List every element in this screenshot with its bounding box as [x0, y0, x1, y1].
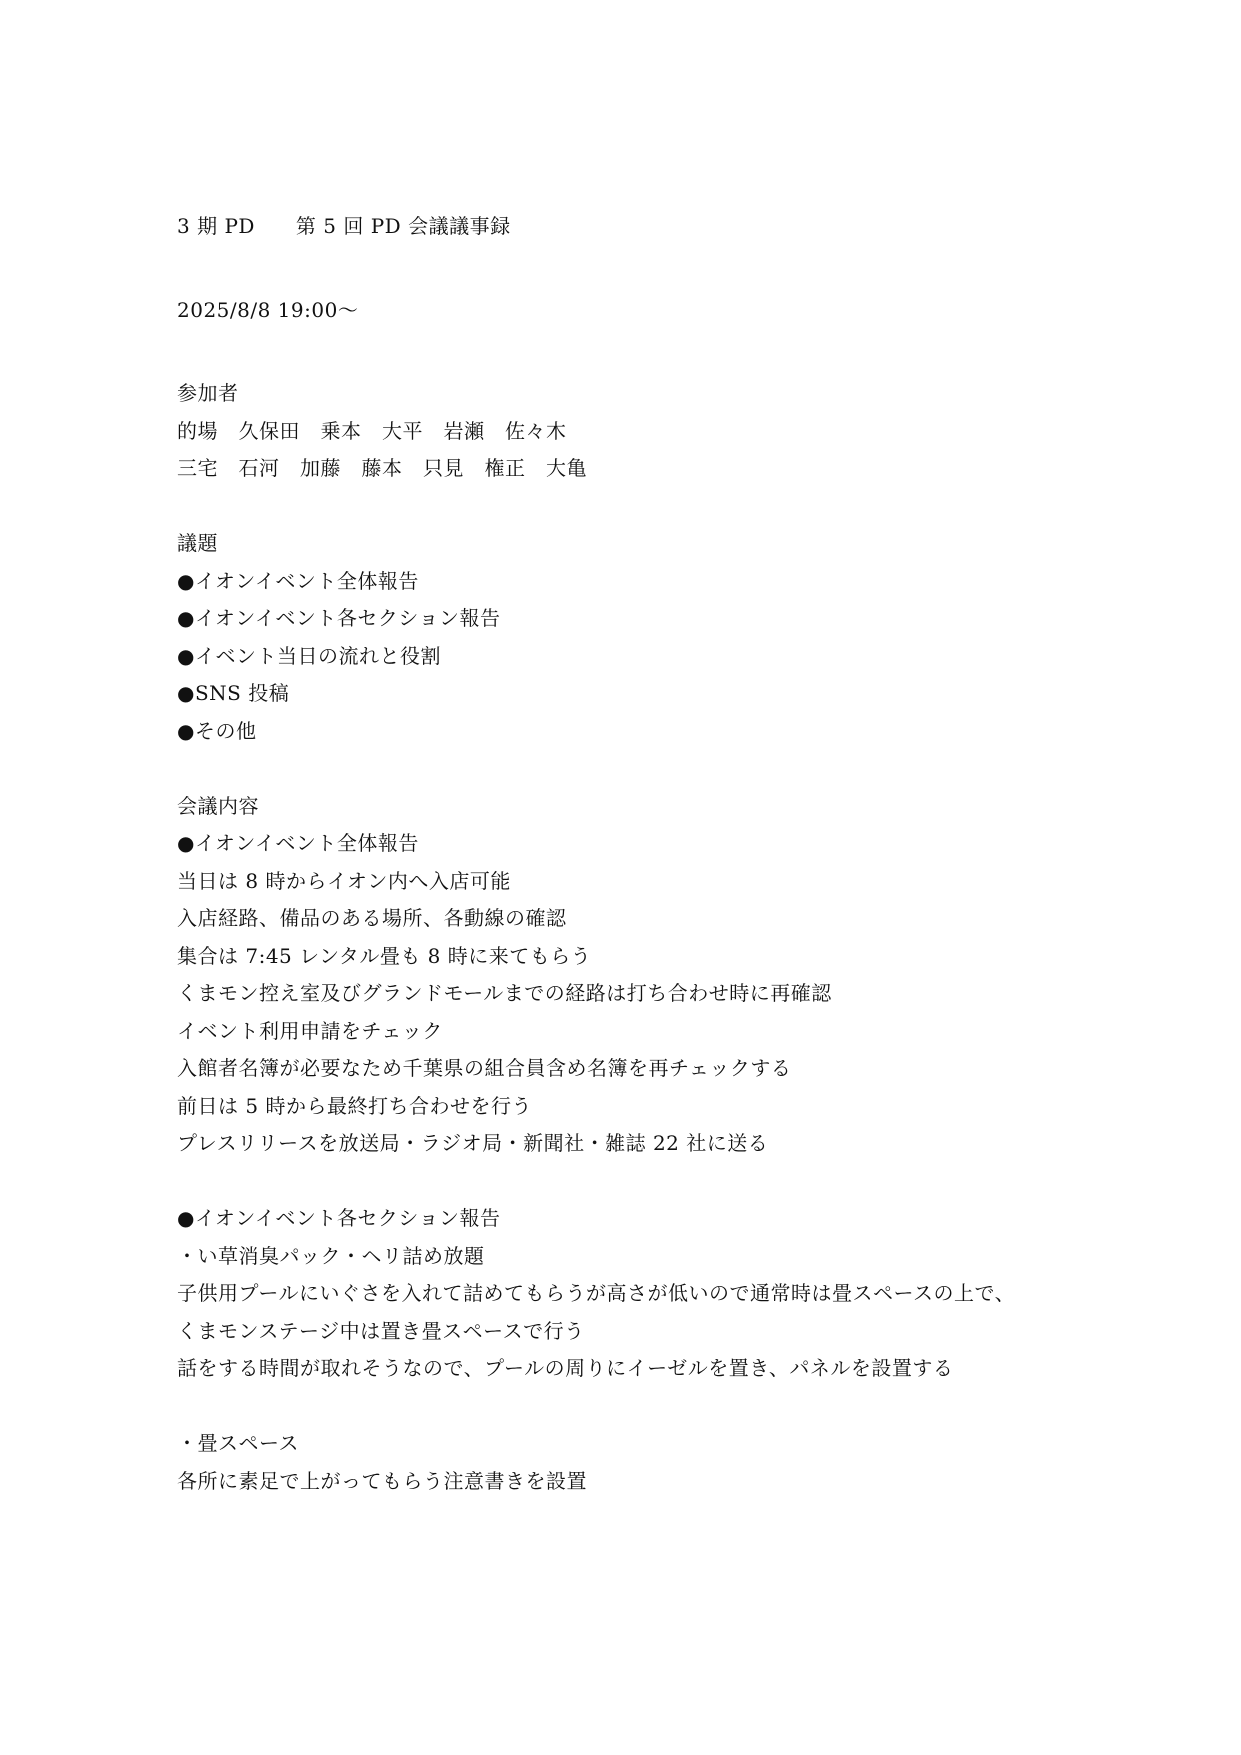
spacer: [177, 750, 1097, 788]
minutes-line: 話をする時間が取れそうなので、プールの周りにイーゼルを置き、パネルを設置する: [177, 1350, 1097, 1388]
minutes-line: 各所に素足で上がってもらう注意書きを設置: [177, 1463, 1097, 1501]
spacer: [177, 1388, 1097, 1426]
attendees-row: 的場 久保田 乗本 大平 岩瀬 佐々木: [177, 413, 1097, 451]
attendees-row: 三宅 石河 加藤 藤本 只見 権正 大亀: [177, 450, 1097, 488]
attendees-heading: 参加者: [177, 375, 1097, 413]
agenda-item: ●SNS 投稿: [177, 675, 1097, 713]
section-heading: ●イオンイベント全体報告: [177, 825, 1097, 863]
spacer: [177, 329, 1097, 375]
minutes-line: 入店経路、備品のある場所、各動線の確認: [177, 900, 1097, 938]
document-title: 3 期 PD 第 5 回 PD 会議議事録: [177, 208, 1097, 246]
minutes-line: プレスリリースを放送局・ラジオ局・新聞社・雑誌 22 社に送る: [177, 1125, 1097, 1163]
minutes-line: くまモンステージ中は置き畳スペースで行う: [177, 1313, 1097, 1351]
minutes-line: 子供用プールにいぐさを入れて詰めてもらうが高さが低いので通常時は畳スペースの上で…: [177, 1275, 1097, 1313]
spacer: [177, 246, 1097, 292]
subsection-heading: ・い草消臭パック・ヘリ詰め放題: [177, 1238, 1097, 1276]
section-heading: ●イオンイベント各セクション報告: [177, 1200, 1097, 1238]
agenda-item: ●イベント当日の流れと役割: [177, 638, 1097, 676]
minutes-line: 入館者名簿が必要なため千葉県の組合員含め名簿を再チェックする: [177, 1050, 1097, 1088]
minutes-line: 前日は 5 時から最終打ち合わせを行う: [177, 1088, 1097, 1126]
subsection-heading: ・畳スペース: [177, 1425, 1097, 1463]
spacer: [177, 1163, 1097, 1201]
minutes-line: 当日は 8 時からイオン内へ入店可能: [177, 863, 1097, 901]
agenda-heading: 議題: [177, 525, 1097, 563]
agenda-item: ●イオンイベント各セクション報告: [177, 600, 1097, 638]
minutes-line: 集合は 7:45 レンタル畳も 8 時に来てもらう: [177, 938, 1097, 976]
agenda-item: ●その他: [177, 713, 1097, 751]
document-page: 3 期 PD 第 5 回 PD 会議議事録 2025/8/8 19:00～ 参加…: [177, 208, 1097, 1500]
spacer: [177, 488, 1097, 526]
minutes-line: くまモン控え室及びグランドモールまでの経路は打ち合わせ時に再確認: [177, 975, 1097, 1013]
meeting-datetime: 2025/8/8 19:00～: [177, 292, 1097, 330]
minutes-heading: 会議内容: [177, 788, 1097, 826]
agenda-item: ●イオンイベント全体報告: [177, 563, 1097, 601]
minutes-line: イベント利用申請をチェック: [177, 1013, 1097, 1051]
